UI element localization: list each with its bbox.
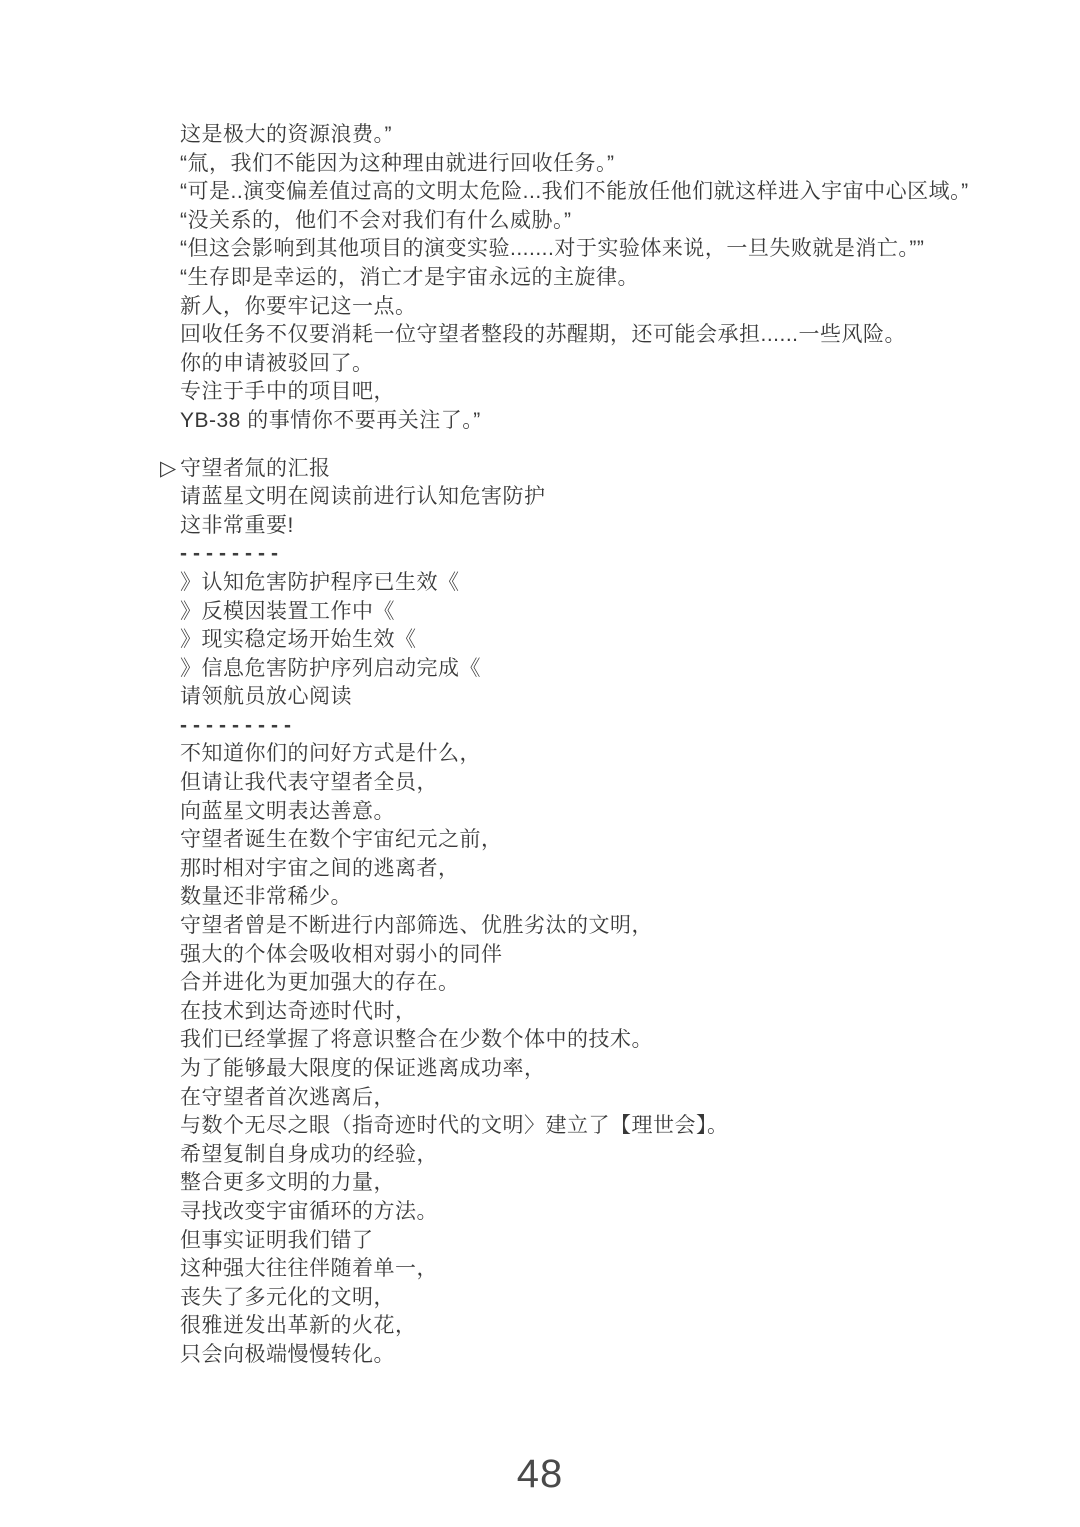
text-line: 请领航员放心阅读 — [180, 683, 960, 712]
text-line: 很雅迸发出革新的火花， — [180, 1312, 960, 1341]
text-line: 专注于手中的项目吧， — [180, 378, 960, 407]
text-line: 希望复制自身成功的经验， — [180, 1141, 960, 1170]
text-line: 这种强大往往伴随着单一， — [180, 1255, 960, 1284]
text-line: 你的申请被驳回了。 — [180, 350, 960, 379]
text-line: 新人，你要牢记这一点。 — [180, 293, 960, 322]
separator-dashes: --------- — [180, 712, 960, 741]
text-line: 这是极大的资源浪费。” — [180, 121, 960, 150]
separator-dashes: -------- — [180, 540, 960, 569]
text-line: 为了能够最大限度的保证逃离成功率， — [180, 1055, 960, 1084]
text-line: 请蓝星文明在阅读前进行认知危害防护 — [180, 483, 960, 512]
text-line: 》现实稳定场开始生效《 — [180, 626, 960, 655]
text-line: 寻找改变宇宙循环的方法。 — [180, 1198, 960, 1227]
text-line: 但请让我代表守望者全员， — [180, 769, 960, 798]
text-line: 》信息危害防护序列启动完成《 — [180, 655, 960, 684]
blank-line — [180, 436, 960, 455]
page-number: 48 — [0, 1452, 1080, 1497]
page-content: 这是极大的资源浪费。”“氚，我们不能因为这种理由就进行回收任务。”“可是..演变… — [180, 121, 960, 1370]
text-line: “生存即是幸运的，消亡才是宇宙永远的主旋律。 — [180, 264, 960, 293]
text-line: 守望者曾是不断进行内部筛选、优胜劣汰的文明， — [180, 912, 960, 941]
text-line: 合并进化为更加强大的存在。 — [180, 969, 960, 998]
text-line: 守望者诞生在数个宇宙纪元之前， — [180, 826, 960, 855]
text-line: 这非常重要! — [180, 512, 960, 541]
triangle-marker-icon: ▷ — [160, 455, 180, 484]
text-line: “可是..演变偏差值过高的文明太危险...我们不能放任他们就这样进入宇宙中心区域… — [180, 178, 960, 207]
text-line: 与数个无尽之眼（指奇迹时代的文明〉建立了【理世会】。 — [180, 1112, 960, 1141]
text-line: 回收任务不仅要消耗一位守望者整段的苏醒期，还可能会承担......一些风险。 — [180, 321, 960, 350]
text-line: 》反模因装置工作中《 — [180, 598, 960, 627]
text-line: 在技术到达奇迹时代时， — [180, 998, 960, 1027]
text-line: 但事实证明我们错了 — [180, 1227, 960, 1256]
text-line: 向蓝星文明表达善意。 — [180, 798, 960, 827]
text-line: 》认知危害防护程序已生效《 — [180, 569, 960, 598]
text-line: “但这会影响到其他项目的演变实验.......对于实验体来说，一旦失败就是消亡。… — [180, 235, 960, 264]
document-page: 这是极大的资源浪费。”“氚，我们不能因为这种理由就进行回收任务。”“可是..演变… — [0, 0, 1080, 1527]
report-heading-label: 守望者氚的汇报 — [180, 457, 331, 480]
text-line: 强大的个体会吸收相对弱小的同伴 — [180, 941, 960, 970]
text-line: 不知道你们的问好方式是什么， — [180, 740, 960, 769]
text-line: 在守望者首次逃离后， — [180, 1084, 960, 1113]
text-line: 丧失了多元化的文明， — [180, 1284, 960, 1313]
text-line: 数量还非常稀少。 — [180, 883, 960, 912]
text-line: 整合更多文明的力量， — [180, 1169, 960, 1198]
text-line: “氚，我们不能因为这种理由就进行回收任务。” — [180, 150, 960, 179]
text-line: YB-38 的事情你不要再关注了。” — [180, 407, 960, 436]
text-line: 只会向极端慢慢转化。 — [180, 1341, 960, 1370]
text-line: 那时相对宇宙之间的逃离者， — [180, 855, 960, 884]
report-heading-line: ▷守望者氚的汇报 — [160, 455, 960, 484]
text-line: 我们已经掌握了将意识整合在少数个体中的技术。 — [180, 1026, 960, 1055]
text-line: “没关系的，他们不会对我们有什么威胁。” — [180, 207, 960, 236]
